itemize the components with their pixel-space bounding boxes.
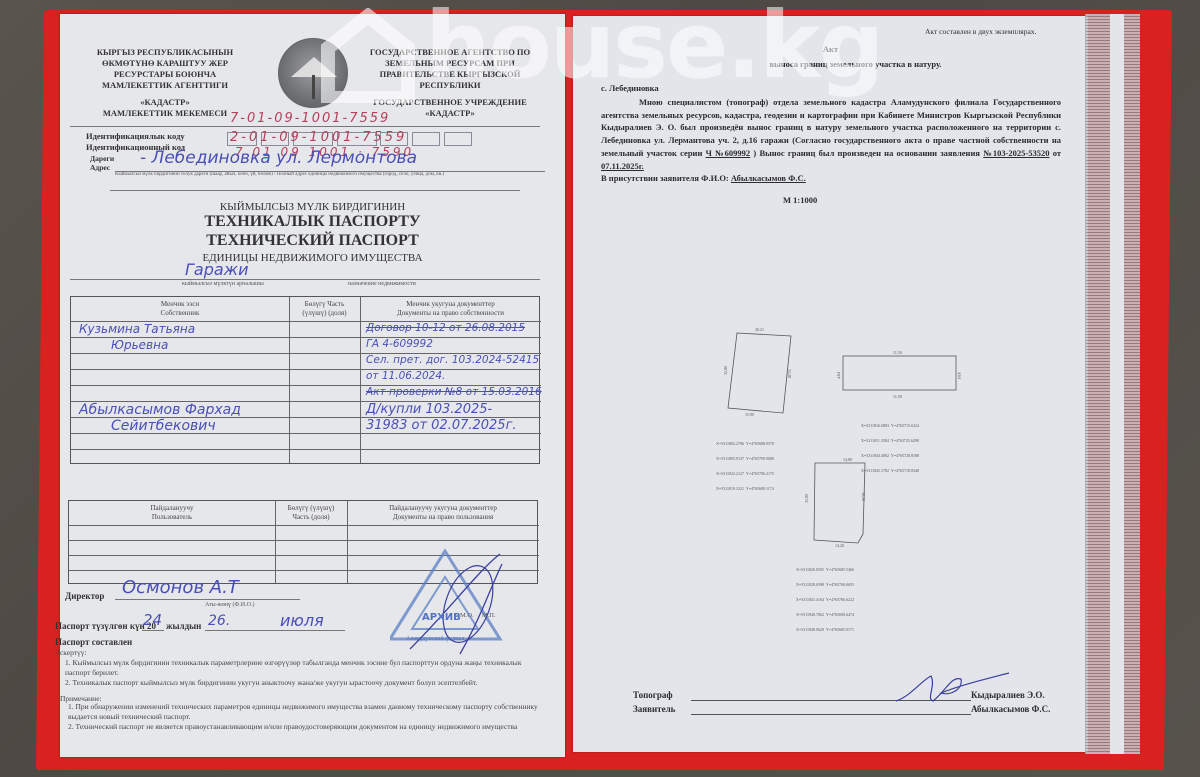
id-code-handwritten-above: 7-01-09-1001-7559 [230,111,390,126]
act-body: Мною специалистом (топограф) отдела земе… [601,96,1061,185]
document-cell: Сел. прет. дог. 103.2024-52415 [366,354,539,366]
id-code-label-kg: Идентификациялык коду [86,131,185,141]
document-cell: Д/купли 103.2025- [366,402,492,417]
title-line-4: ЕДИНИЦЫ НЕДВИЖИМОГО ИМУЩЕСТВА [60,252,565,264]
archive-stamp-icon [390,549,520,659]
topographer-signature-icon [891,671,1011,711]
topographer-label: Топограф [633,690,673,700]
purpose-value: Гаражи [185,260,249,279]
scale-label: М 1:1000 [783,194,817,206]
page-title: ТЕХНИЧЕСКИЙ ПАСПОРТ [60,232,565,250]
title-line-1: КЫЙМЫЛСЫЗ МҮЛК БИРДИГИНИН [60,201,565,213]
watermark-house-icon [318,8,418,103]
owner-cell: Сейитбекович [111,418,216,434]
plot-1-coords: X=5311802.2786 Y=4765688.0570 X=5311805.… [716,431,774,501]
title-line-2: ТЕХНИКАЛЫК ПАСПОРТУ [60,213,565,231]
technical-passport-page: КЫРГЫЗ РЕСПУБЛИКАСЫНЫН ӨКМӨТҮНӨ КАРАШТУУ… [60,14,565,757]
document-cell: Договор 10-12 от 26.08.2015 [366,322,525,334]
watermark-text: house.kg [425,0,882,99]
plot-3-coords: X=5311826.0505 Y=4765685.5466 X=5311828.… [796,557,854,642]
document-cell: Акт проверки №8 от 15.03.2016 [366,386,542,398]
document-cell: от 11.06.2024. [366,370,445,382]
director-label: Директор [65,591,104,601]
top-note: Акт составлен в двух экземплярах. [925,26,1036,38]
document-cell: 31983 от 02.07.2025г. [366,418,517,433]
director-name: Осмонов А.Т [122,577,239,598]
plot-1-outline [725,328,795,418]
composed-label: Паспорт составлен [55,637,132,647]
owner-cell: Абылкасымов Фархад [79,402,241,418]
stamp-text: АРХИВ [422,612,461,623]
issued-month: июля [280,611,324,630]
issued-day: 26. [208,613,230,629]
applicant-label: Заявитель [633,704,675,714]
document-cell: ГА 4-609992 [366,338,433,350]
owner-cell: Кузьмина Татьяна [79,322,195,336]
address-hint: Кыймылсыз мүлк бирдигинин толук дареги (… [115,172,545,177]
owners-table: Менчик ээсиСобственник Бөлүгү Часть(үлүш… [70,296,540,464]
address-value: - Лебединовка ул. Лермонтова [140,148,417,168]
plot-3-outline [810,460,870,546]
issued-year: 24 [143,611,162,629]
boundary-act-page: Акт составлен в двух экземплярах. Акт вы… [573,16,1088,752]
owner-cell: Юрьевна [111,338,168,352]
header-kg: КЫРГЫЗ РЕСПУБЛИКАСЫНЫН ӨКМӨТҮНӨ КАРАШТУУ… [85,47,245,119]
plot-2-outline [841,354,961,394]
id-code-boxed-value: 2-01-09-1001-7559 [230,130,407,145]
